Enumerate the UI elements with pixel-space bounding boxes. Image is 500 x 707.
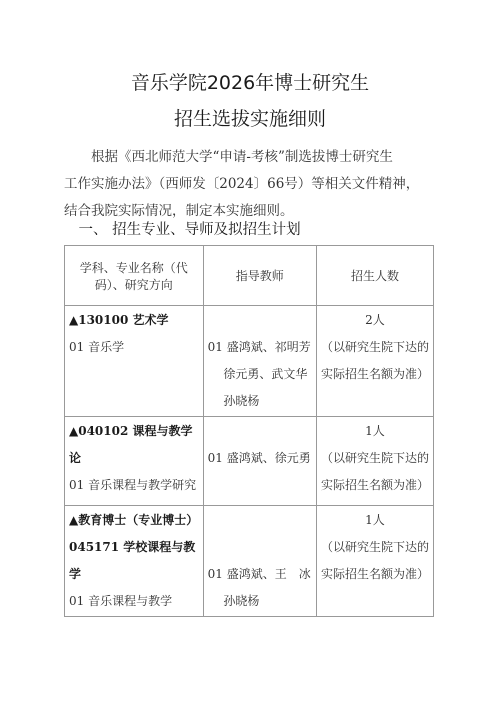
quota-note: （以研究生院下达的 xyxy=(318,334,432,361)
intro-line: 根据《西北师范大学“申请-考核”制选拔博士研究生 xyxy=(64,144,444,171)
document-title-line2: 招生选拔实施细则 xyxy=(0,104,500,131)
quota-note: 实际招生名额为准） xyxy=(318,472,432,499)
research-direction: 01 音乐学 xyxy=(69,334,202,361)
header-quota: 招生人数 xyxy=(316,246,433,306)
subject-category: ▲教育博士（专业博士） xyxy=(69,507,202,534)
advisor-line xyxy=(208,534,315,561)
quota-count: 1人 xyxy=(318,507,432,534)
quota-note: （以研究生院下达的 xyxy=(318,445,432,472)
quota-cell: 1人 （以研究生院下达的 实际招生名额为准） xyxy=(316,417,433,506)
table-row: ▲040102 课程与教学论 01 音乐课程与教学研究 01 盛鸿斌、徐元勇 1… xyxy=(65,417,434,506)
research-direction: 01 音乐课程与教学 xyxy=(69,588,202,615)
advisor-cell: 01 盛鸿斌、祁明芳 徐元勇、武文华 孙晓杨 xyxy=(203,306,316,417)
advisor-line: 孙晓杨 xyxy=(208,388,315,415)
document-title-line1: 音乐学院2026年博士研究生 xyxy=(0,68,500,95)
quota-note: 实际招生名额为准） xyxy=(318,361,432,388)
quota-count: 1人 xyxy=(318,418,432,445)
quota-note: 实际招生名额为准） xyxy=(318,561,432,588)
advisor-line xyxy=(208,307,315,334)
advisor-line: 01 盛鸿斌、王 冰 xyxy=(208,561,315,588)
subject-code: ▲130100 艺术学 xyxy=(69,307,202,334)
subject-cell: ▲040102 课程与教学论 01 音乐课程与教学研究 xyxy=(65,417,204,506)
quota-cell: 2人 （以研究生院下达的 实际招生名额为准） xyxy=(316,306,433,417)
advisor-line xyxy=(208,418,315,445)
advisor-line: 01 盛鸿斌、祁明芳 xyxy=(208,334,315,361)
subject-code: ▲040102 课程与教学论 xyxy=(69,418,202,472)
subject-cell: ▲教育博士（专业博士） 045171 学校课程与教学 01 音乐课程与教学 xyxy=(65,506,204,617)
intro-line: 工作实施办法》（西师发〔2024〕66号）等相关文件精神， xyxy=(64,171,444,198)
quota-note: （以研究生院下达的 xyxy=(318,534,432,561)
header-subject: 学科、专业名称（代码）、研究方向 xyxy=(65,246,204,306)
section-heading: 一、 招生专业、导师及拟招生计划 xyxy=(64,218,301,239)
subject-cell: ▲130100 艺术学 01 音乐学 xyxy=(65,306,204,417)
intro-paragraph: 根据《西北师范大学“申请-考核”制选拔博士研究生 工作实施办法》（西师发〔202… xyxy=(64,144,444,225)
table-row: ▲教育博士（专业博士） 045171 学校课程与教学 01 音乐课程与教学 01… xyxy=(65,506,434,617)
header-advisor: 指导教师 xyxy=(203,246,316,306)
subject-code: 045171 学校课程与教学 xyxy=(69,534,202,588)
advisor-cell: 01 盛鸿斌、徐元勇 xyxy=(203,417,316,506)
table-row: ▲130100 艺术学 01 音乐学 01 盛鸿斌、祁明芳 徐元勇、武文华 孙晓… xyxy=(65,306,434,417)
table-header-row: 学科、专业名称（代码）、研究方向 指导教师 招生人数 xyxy=(65,246,434,306)
research-direction: 01 音乐课程与教学研究 xyxy=(69,472,202,499)
enrollment-table: 学科、专业名称（代码）、研究方向 指导教师 招生人数 ▲130100 艺术学 0… xyxy=(64,245,434,617)
advisor-line: 01 盛鸿斌、徐元勇 xyxy=(208,445,315,472)
advisor-line: 徐元勇、武文华 xyxy=(208,361,315,388)
advisor-cell: 01 盛鸿斌、王 冰 孙晓杨 xyxy=(203,506,316,617)
advisor-line xyxy=(208,507,315,534)
advisor-line: 孙晓杨 xyxy=(208,588,315,615)
quota-count: 2人 xyxy=(318,307,432,334)
quota-cell: 1人 （以研究生院下达的 实际招生名额为准） xyxy=(316,506,433,617)
